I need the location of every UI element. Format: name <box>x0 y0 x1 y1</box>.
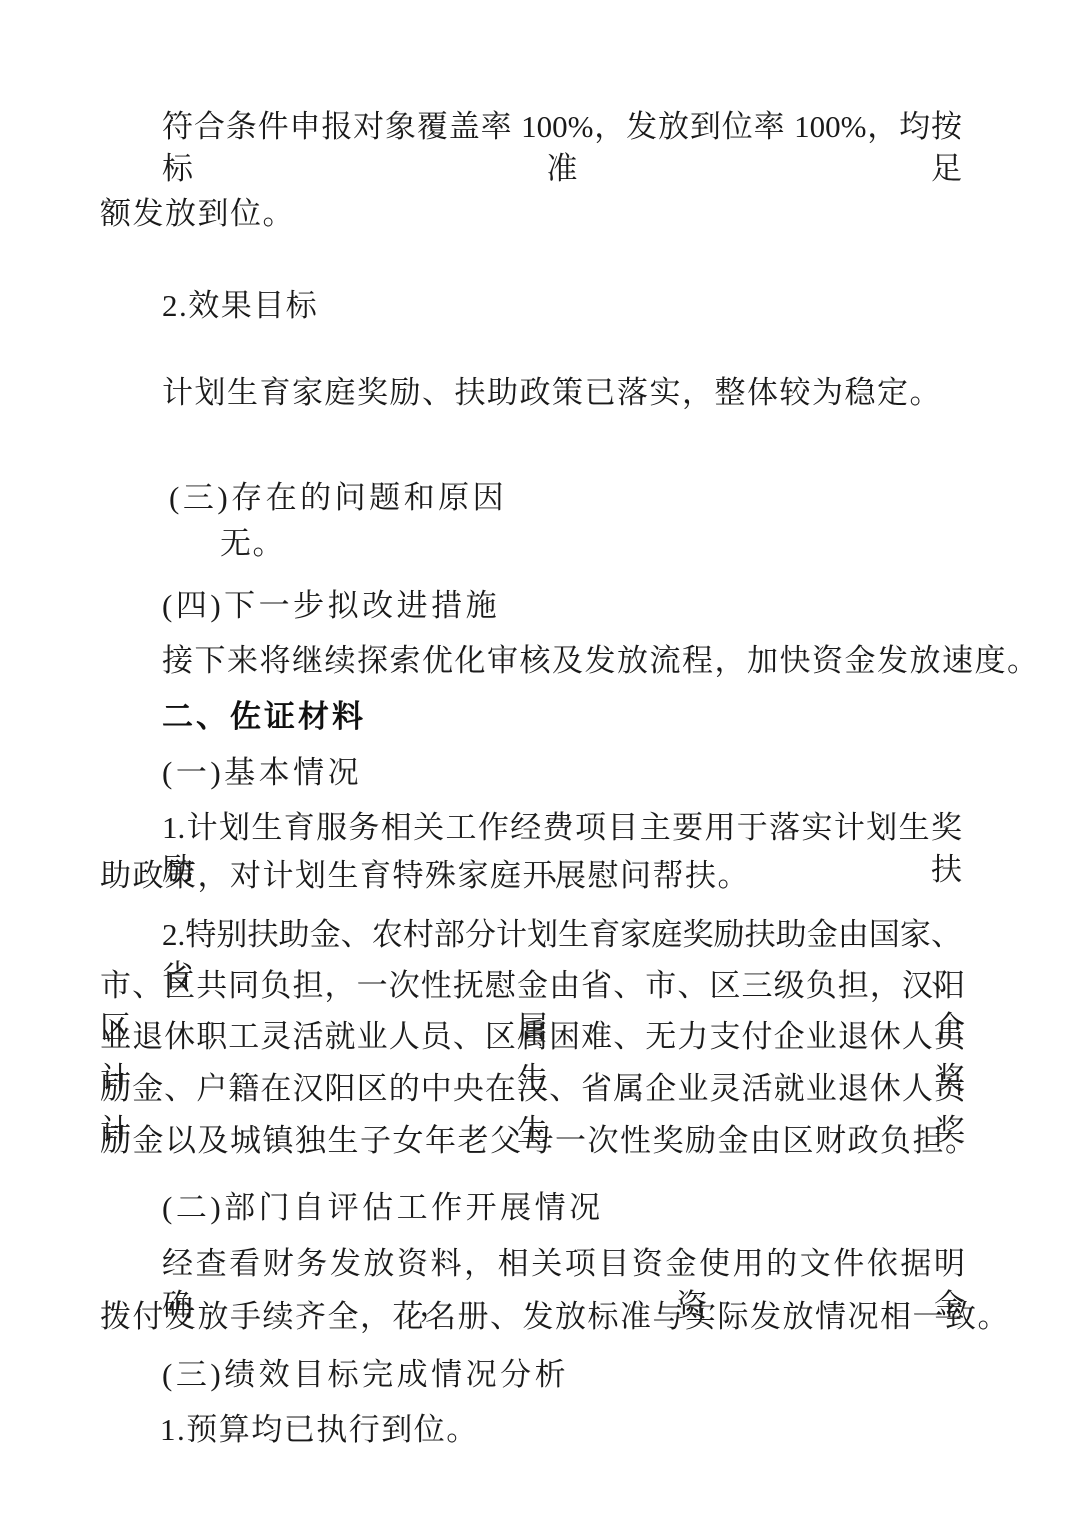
document-page: 符合条件申报对象覆盖率 100%，发放到位率 100%，均按标准足 额发放到位。… <box>0 0 1074 1518</box>
subheading-problems-and-causes: (三)存在的问题和原因 <box>169 477 507 519</box>
heading-evidence-materials: 二、佐证材料 <box>162 696 366 738</box>
body-line-next-improvement-detail: 接下来将继续探索优化审核及发放流程，加快资金发放速度。 <box>162 640 1040 682</box>
body-line-basic-1-cont: 助政策，对计划生育特殊家庭开展慰问帮扶。 <box>100 855 750 897</box>
subheading-effect-goal: 2.效果目标 <box>162 285 318 327</box>
body-line-self-evaluation-2: 拨付发放手续齐全，花名册、发放标准与实际发放情况相一致。 <box>100 1296 1010 1338</box>
subheading-self-evaluation: (二)部门自评估工作开展情况 <box>162 1187 604 1229</box>
body-line-policy-implemented: 计划生育家庭奖励、扶助政策已落实，整体较为稳定。 <box>162 372 942 414</box>
body-line-coverage-rate: 符合条件申报对象覆盖率 100%，发放到位率 100%，均按标准足 <box>162 106 962 190</box>
body-line-basic-2-cont-4: 励金以及城镇独生子女年老父母一次性奖励金由区财政负担。 <box>100 1120 978 1162</box>
body-line-budget-executed: 1.预算均已执行到位。 <box>160 1409 479 1451</box>
subheading-next-improvement: (四)下一步拟改进措施 <box>162 585 500 627</box>
body-line-none: 无。 <box>220 523 285 565</box>
subheading-performance-analysis: (三)绩效目标完成情况分析 <box>162 1354 569 1396</box>
subheading-basic-situation: (一)基本情况 <box>162 752 362 794</box>
body-line-coverage-rate-cont: 额发放到位。 <box>100 193 295 235</box>
